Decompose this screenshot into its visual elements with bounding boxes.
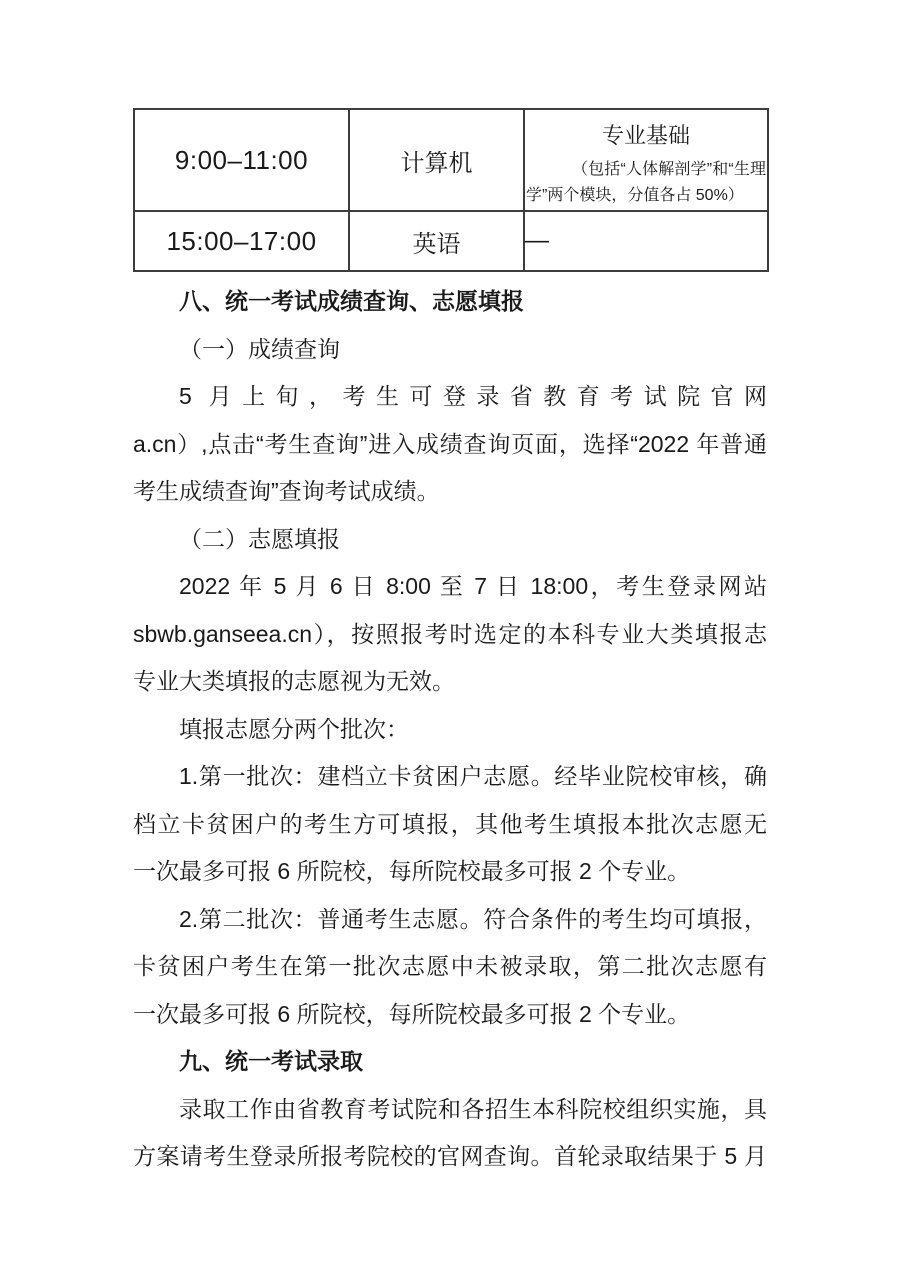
paragraph-line: 专业大类填报的志愿视为无效。 — [133, 658, 767, 706]
paragraph-line: 方案请考生登录所报考院校的官网查询。首轮录取结果于 5 月 11 日 1 — [133, 1133, 767, 1181]
exam-time-cell: 15:00–17:00 — [134, 211, 349, 271]
paragraph-line: a.cn）,点击“考生查询”进入成绩查询页面，选择“2022 年普通专升本 — [133, 421, 767, 469]
paragraph-line: 2.第二批次：普通考生志愿。符合条件的考生均可填报，建档立 — [133, 896, 767, 944]
section-heading-8: 八、统一考试成绩查询、志愿填报 — [133, 278, 767, 326]
paragraph-line: 5 月上旬，考生可登录省教育考试院官网（https://www.gansee — [133, 373, 767, 421]
subsection-heading: （二）志愿填报 — [133, 516, 767, 564]
paragraph-line: 卡贫困户考生在第一批次志愿中未被录取，第二批次志愿有效。考生 — [133, 943, 767, 991]
exam-content-note: （包括“人体解剖学”和“生理学”两个模块，分值各占 50%） — [525, 157, 767, 209]
document-body: 八、统一考试成绩查询、志愿填报 （一）成绩查询 5 月上旬，考生可登录省教育考试… — [133, 278, 767, 1181]
exam-subject-cell: 计算机 — [349, 109, 524, 211]
exam-time-cell: 9:00–11:00 — [134, 109, 349, 211]
subsection-heading: （一）成绩查询 — [133, 326, 767, 374]
exam-content-title: 专业基础 — [525, 111, 767, 150]
page-content: 9:00–11:00 计算机 专业基础 （包括“人体解剖学”和“生理学”两个模块… — [0, 0, 900, 1181]
paragraph-line: 2022 年 5 月 6 日 8:00 至 7 日 18:00，考生登录网站（h… — [133, 563, 767, 611]
paragraph-line: 考生成绩查询”查询考试成绩。 — [133, 468, 767, 516]
paragraph-line: sbwb.ganseea.cn），按照报考时选定的本科专业大类填报志愿，跨 — [133, 611, 767, 659]
paragraph-line: 录取工作由省教育考试院和各招生本科院校组织实施，具体实施 — [133, 1086, 767, 1134]
section-heading-9: 九、统一考试录取 — [133, 1038, 767, 1086]
paragraph-line: 档立卡贫困户的考生方可填报，其他考生填报本批次志愿无效。考生 — [133, 801, 767, 849]
paragraph-line: 一次最多可报 6 所院校，每所院校最多可报 2 个专业。 — [133, 991, 767, 1039]
table-row: 9:00–11:00 计算机 专业基础 （包括“人体解剖学”和“生理学”两个模块… — [134, 109, 768, 211]
exam-content-cell: 专业基础 （包括“人体解剖学”和“生理学”两个模块，分值各占 50%） — [524, 109, 768, 211]
document-page: 9:00–11:00 计算机 专业基础 （包括“人体解剖学”和“生理学”两个模块… — [0, 0, 900, 1272]
paragraph-line: 填报志愿分两个批次： — [133, 706, 767, 754]
paragraph-line: 1.第一批次：建档立卡贫困户志愿。经毕业院校审核，确定为建 — [133, 753, 767, 801]
exam-subject-cell: 英语 — [349, 211, 524, 271]
table-row: 15:00–17:00 英语 — — [134, 211, 768, 271]
paragraph-line: 一次最多可报 6 所院校，每所院校最多可报 2 个专业。 — [133, 848, 767, 896]
exam-content-dash: — — [524, 211, 768, 271]
exam-schedule-table: 9:00–11:00 计算机 专业基础 （包括“人体解剖学”和“生理学”两个模块… — [133, 108, 769, 272]
